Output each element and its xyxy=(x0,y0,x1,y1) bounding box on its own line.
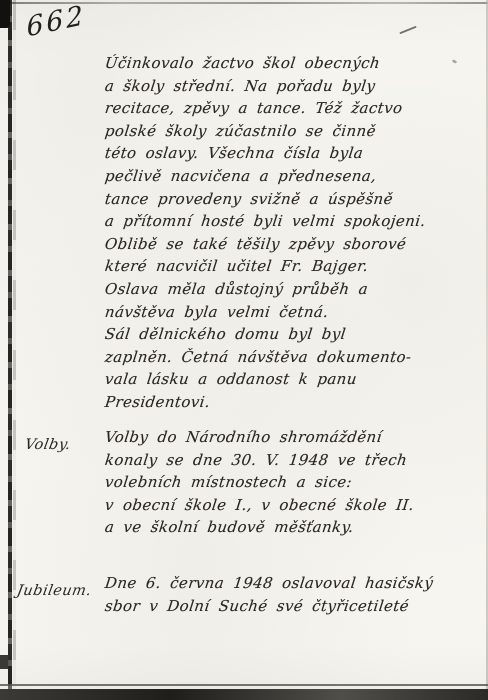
handwritten-line: konaly se dne 30. V. 1948 ve třech xyxy=(104,449,485,472)
handwritten-paragraph: Volby do Národního shromáždění konaly se… xyxy=(105,426,483,539)
margin-heading-volby: Volby. xyxy=(24,437,72,453)
handwritten-line: a přítomní hosté byli velmi spokojeni. xyxy=(104,210,485,233)
scan-bottom-edge xyxy=(0,689,488,700)
handwritten-line: polské školy zúčastnilo se činně xyxy=(104,120,485,143)
handwritten-line: Dne 6. června 1948 oslavoval hasičský xyxy=(104,572,485,595)
page-bottom-rule xyxy=(0,684,488,686)
scanned-chronicle-page: 662 Účinkovalo žactvo škol obecných a šk… xyxy=(0,0,488,700)
handwritten-line: a školy střední. Na pořadu byly xyxy=(104,75,485,98)
handwritten-line: v obecní škole I., v obecné škole II. xyxy=(104,494,485,517)
handwritten-line: vala lásku a oddanost k panu xyxy=(104,368,485,391)
handwritten-paragraph: Účinkovalo žactvo škol obecných a školy … xyxy=(105,52,483,414)
margin-heading-jubileum: Jubileum. xyxy=(16,583,93,599)
binding-corner-mark xyxy=(0,0,10,28)
handwritten-line: volebních místnostech a sice: xyxy=(104,471,485,494)
handwritten-line: Oblibě se také těšily zpěvy sborové xyxy=(104,233,485,256)
handwritten-line: tance provedeny svižně a úspěšně xyxy=(104,188,485,211)
handwritten-line: Volby do Národního shromáždění xyxy=(104,426,485,449)
handwritten-line: pečlivě nacvičena a přednesena, xyxy=(104,165,485,188)
handwritten-line: které nacvičil učitel Fr. Bajger. xyxy=(104,255,485,278)
handwritten-line: zaplněn. Četná návštěva dokumento- xyxy=(104,346,485,369)
handwritten-line: návštěva byla velmi četná. xyxy=(104,301,485,324)
handwritten-line: Presidentovi. xyxy=(104,391,485,414)
handwritten-line: sbor v Dolní Suché své čtyřicetileté xyxy=(104,595,485,618)
book-binding-edge xyxy=(8,0,12,700)
handwritten-line: Sál dělnického domu byl byl xyxy=(104,323,485,346)
handwritten-line: a ve školní budově měšťanky. xyxy=(104,516,485,539)
binding-edge-mark xyxy=(0,655,8,669)
page-number: 662 xyxy=(26,0,87,43)
handwritten-paragraph: Dne 6. června 1948 oslavoval hasičský sb… xyxy=(105,572,483,617)
handwritten-line: recitace, zpěvy a tance. Též žactvo xyxy=(104,97,485,120)
handwritten-line: Oslava měla důstojný průběh a xyxy=(104,278,485,301)
handwritten-line: Účinkovalo žactvo škol obecných xyxy=(104,52,485,75)
stray-pen-mark xyxy=(399,26,416,35)
handwritten-line: této oslavy. Všechna čísla byla xyxy=(104,142,485,165)
